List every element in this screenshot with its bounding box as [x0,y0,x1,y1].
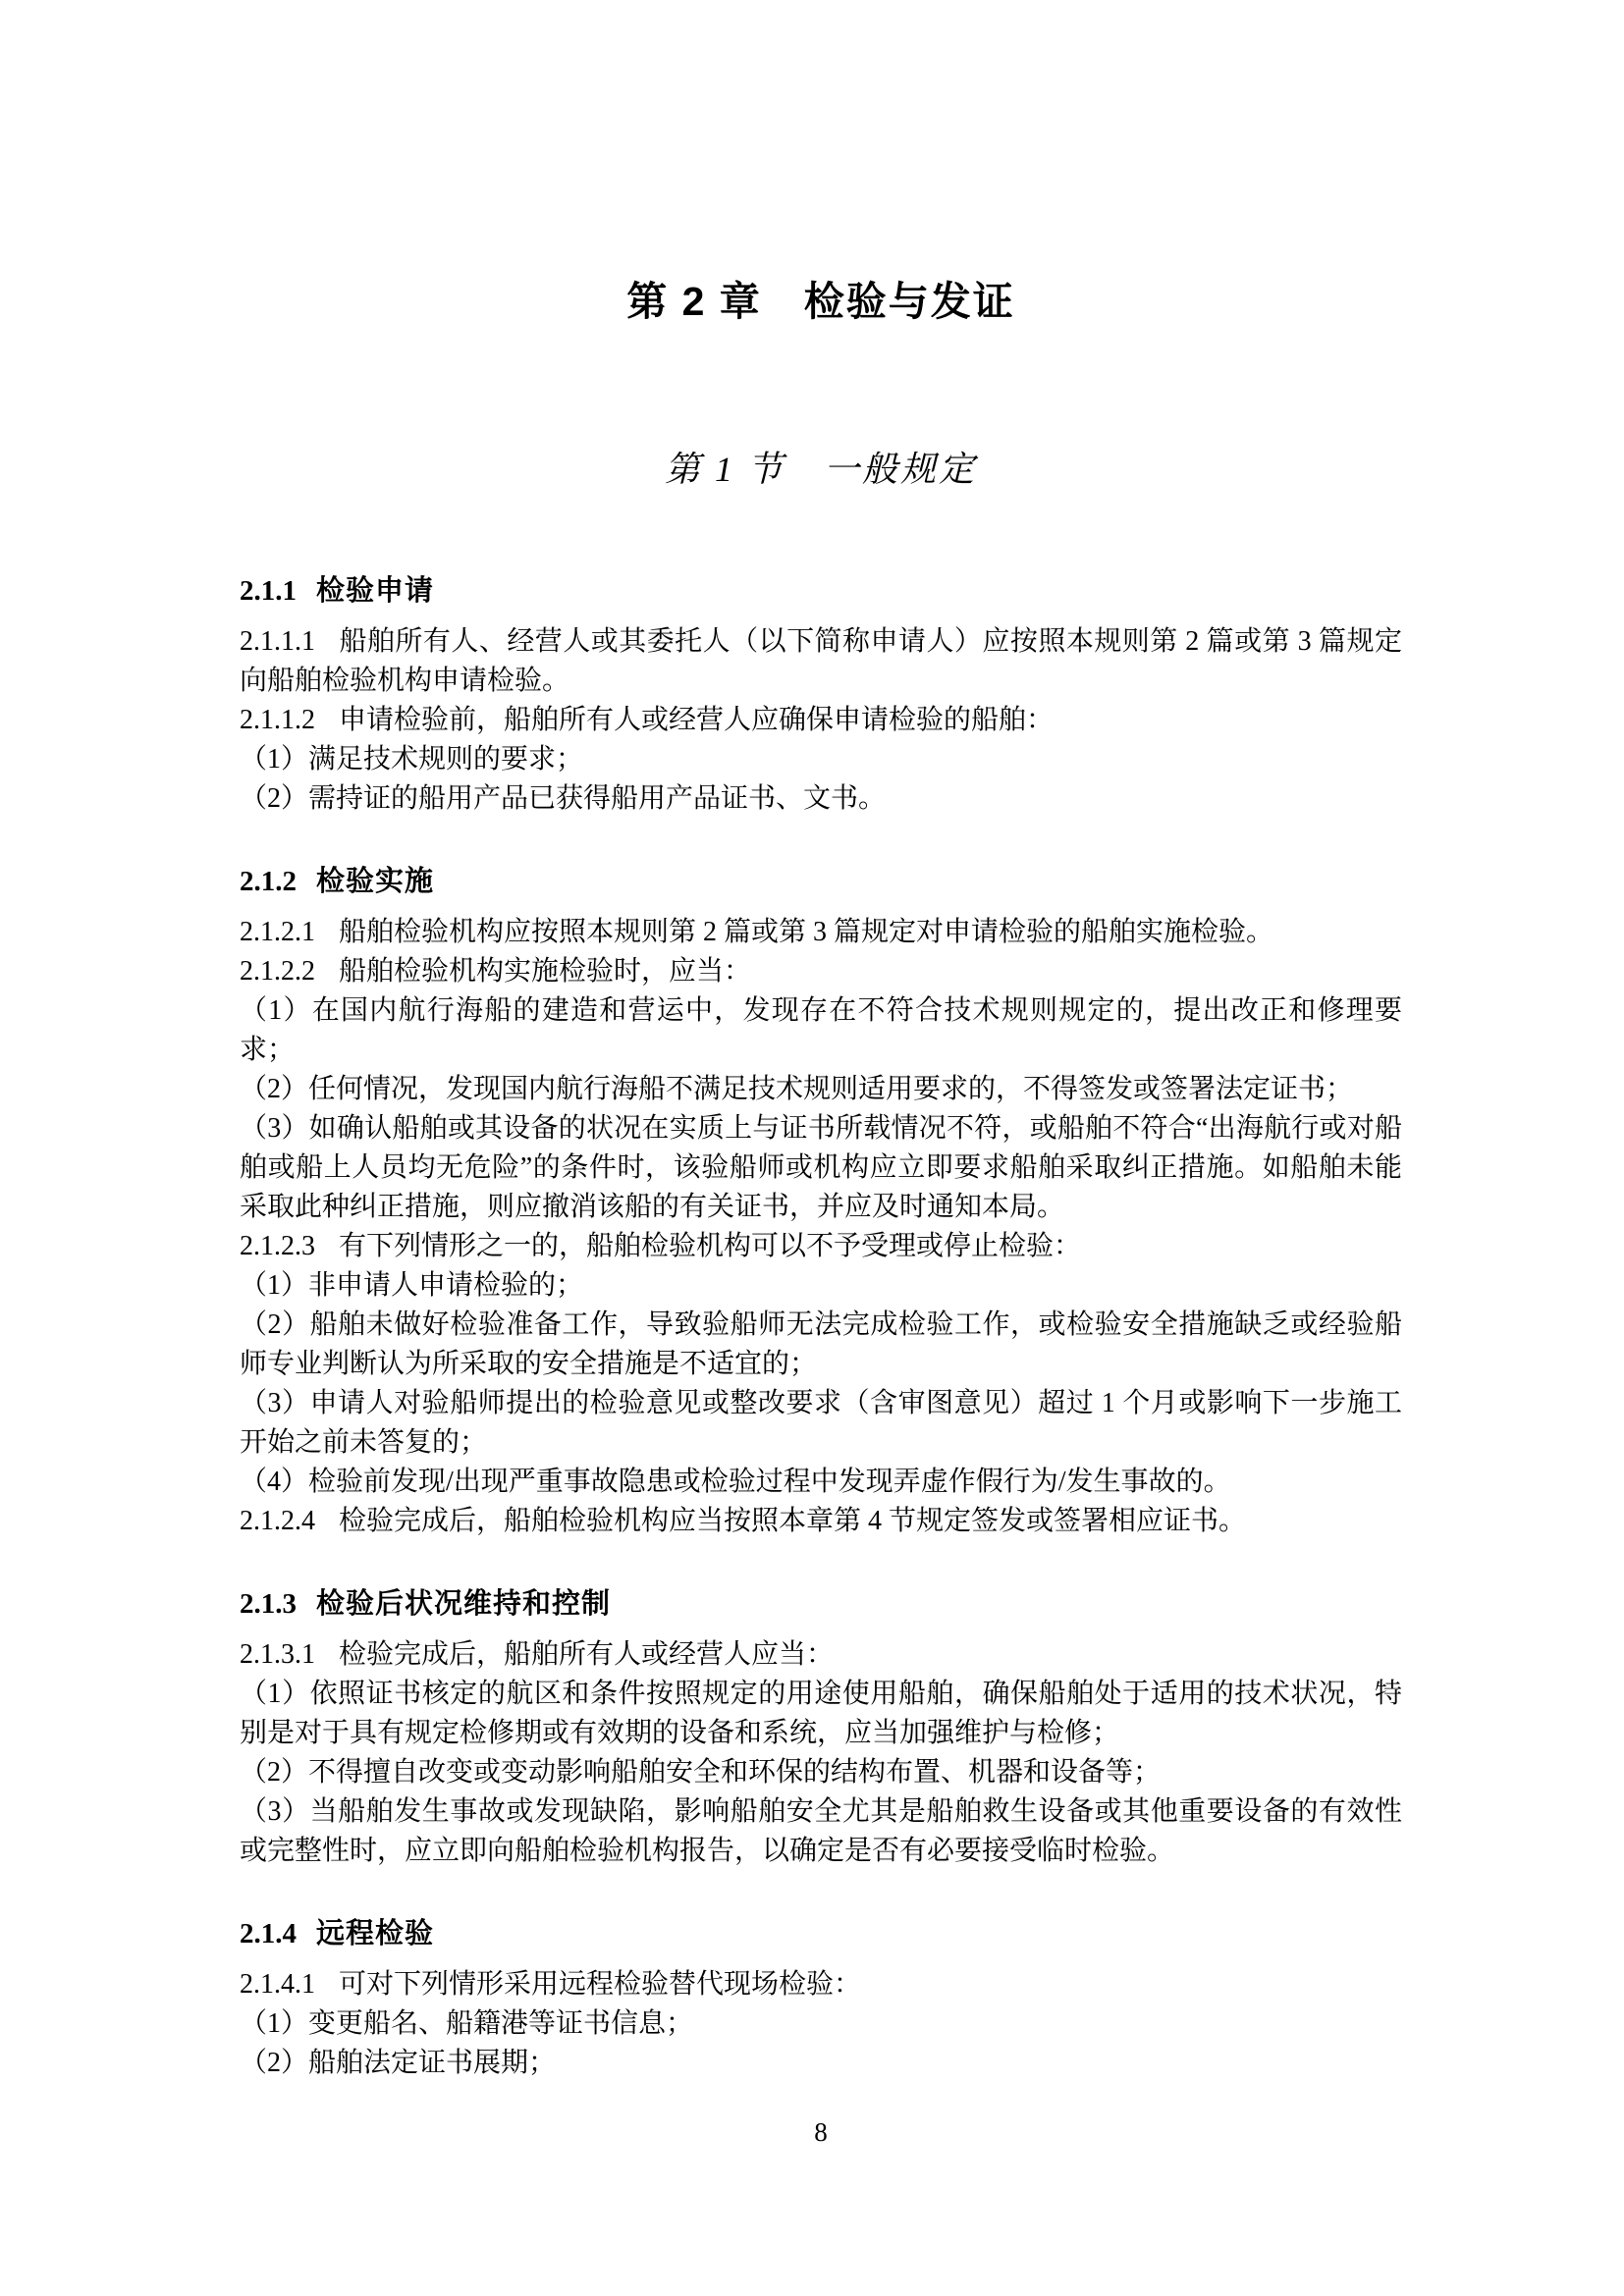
paragraph-text: 有下列情形之一的，船舶检验机构可以不予受理或停止检验： [339,1231,1081,1261]
subsection-heading: 2.1.4远程检验 [240,1914,1402,1953]
clause-item: （2）船舶未做好检验准备工作，导致验船师无法完成检验工作，或检验安全措施缺乏或经… [240,1306,1402,1384]
clause-item: （1）满足技术规则的要求； [240,740,1402,779]
subsection-number: 2.1.3 [240,1588,297,1620]
section-2-1-1: 2.1.1检验申请 2.1.1.1船舶所有人、经营人或其委托人（以下简称申请人）… [240,571,1402,819]
paragraph: 2.1.3.1检验完成后，船舶所有人或经营人应当： [240,1635,1402,1675]
paragraph-text: 检验完成后，船舶所有人或经营人应当： [339,1639,834,1670]
paragraph-text: 船舶所有人、经营人或其委托人（以下简称申请人）应按照本规则第 2 篇或第 3 篇… [240,626,1402,696]
paragraph: 2.1.2.3有下列情形之一的，船舶检验机构可以不予受理或停止检验： [240,1227,1402,1266]
paragraph-number: 2.1.1.1 [240,626,315,657]
paragraph-text: （2）不得擅自改变或变动影响船舶安全和环保的结构布置、机器和设备等； [240,1757,1161,1788]
paragraph-text: （2）船舶未做好检验准备工作，导致验船师无法完成检验工作，或检验安全措施缺乏或经… [240,1309,1402,1379]
paragraph-text: （2）船舶法定证书展期； [240,2048,556,2078]
clause-item: （3）如确认船舶或其设备的状况在实质上与证书所载情况不符，或船舶不符合“出海航行… [240,1109,1402,1227]
paragraph-text: （3）当船舶发生事故或发现缺陷，影响船舶安全尤其是船舶救生设备或其他重要设备的有… [240,1796,1402,1866]
paragraph-text: （3）如确认船舶或其设备的状况在实质上与证书所载情况不符，或船舶不符合“出海航行… [240,1113,1402,1222]
subsection-title: 远程检验 [316,1918,434,1949]
clause-item: （2）不得擅自改变或变动影响船舶安全和环保的结构布置、机器和设备等； [240,1753,1402,1792]
section-2-1-2: 2.1.2检验实施 2.1.2.1船舶检验机构应按照本规则第 2 篇或第 3 篇… [240,862,1402,1541]
page-number: 8 [240,2116,1402,2148]
paragraph: 2.1.2.1船舶检验机构应按照本规则第 2 篇或第 3 篇规定对申请检验的船舶… [240,913,1402,952]
subsection-heading: 2.1.3检验后状况维持和控制 [240,1584,1402,1624]
subsection-number: 2.1.4 [240,1918,297,1949]
clause-item: （2）需持证的船用产品已获得船用产品证书、文书。 [240,779,1402,819]
paragraph-number: 2.1.3.1 [240,1639,315,1670]
clause-item: （3）当船舶发生事故或发现缺陷，影响船舶安全尤其是船舶救生设备或其他重要设备的有… [240,1792,1402,1871]
clause-item: （1）非申请人申请检验的； [240,1266,1402,1306]
paragraph-number: 2.1.2.1 [240,917,315,947]
subsection-title: 检验后状况维持和控制 [316,1588,611,1620]
paragraph-number: 2.1.2.2 [240,956,315,987]
document-page: 第 2 章 检验与发证 第 1 节 一般规定 2.1.1检验申请 2.1.1.1… [0,0,1624,2296]
clause-item: （3）申请人对验船师提出的检验意见或整改要求（含审图意见）超过 1 个月或影响下… [240,1384,1402,1463]
paragraph-number: 2.1.2.3 [240,1231,315,1261]
paragraph-text: （4）检验前发现/出现严重事故隐患或检验过程中发现弄虚作假行为/发生事故的。 [240,1467,1231,1497]
paragraph-text: 检验完成后，船舶检验机构应当按照本章第 4 节规定签发或签署相应证书。 [339,1506,1246,1536]
section-2-1-3: 2.1.3检验后状况维持和控制 2.1.3.1检验完成后，船舶所有人或经营人应当… [240,1584,1402,1871]
paragraph-text: （2）任何情况，发现国内航行海船不满足技术规则适用要求的，不得签发或签署法定证书… [240,1074,1353,1104]
paragraph: 2.1.2.2船舶检验机构实施检验时，应当： [240,952,1402,991]
clause-item: （2）船舶法定证书展期； [240,2044,1402,2083]
paragraph-number: 2.1.2.4 [240,1506,315,1536]
paragraph-text: （3）申请人对验船师提出的检验意见或整改要求（含审图意见）超过 1 个月或影响下… [240,1388,1402,1458]
subsection-number: 2.1.1 [240,575,297,607]
subsection-heading: 2.1.1检验申请 [240,571,1402,611]
subsection-title: 检验申请 [316,575,434,607]
paragraph-number: 2.1.4.1 [240,1969,315,2000]
paragraph-text: 申请检验前，船舶所有人或经营人应确保申请检验的船舶： [339,705,1054,735]
paragraph-text: 船舶检验机构实施检验时，应当： [339,956,751,987]
chapter-title: 第 2 章 检验与发证 [240,279,1402,324]
clause-item: （2）任何情况，发现国内航行海船不满足技术规则适用要求的，不得签发或签署法定证书… [240,1070,1402,1109]
clause-item: （4）检验前发现/出现严重事故隐患或检验过程中发现弄虚作假行为/发生事故的。 [240,1463,1402,1502]
clause-item: （1）变更船名、船籍港等证书信息； [240,2004,1402,2044]
paragraph-text: 可对下列情形采用远程检验替代现场检验： [339,1969,861,2000]
paragraph-number: 2.1.1.2 [240,705,315,735]
subsection-heading: 2.1.2检验实施 [240,862,1402,901]
paragraph-text: 船舶检验机构应按照本规则第 2 篇或第 3 篇规定对申请检验的船舶实施检验。 [339,917,1273,947]
subsection-number: 2.1.2 [240,866,297,897]
paragraph-text: （1）非申请人申请检验的； [240,1270,583,1301]
section-title: 第 1 节 一般规定 [240,450,1402,489]
document-body: 2.1.1检验申请 2.1.1.1船舶所有人、经营人或其委托人（以下简称申请人）… [240,571,1402,2083]
paragraph-text: （2）需持证的船用产品已获得船用产品证书、文书。 [240,783,886,814]
paragraph-text: （1）满足技术规则的要求； [240,744,583,774]
subsection-title: 检验实施 [316,866,434,897]
paragraph: 2.1.1.2申请检验前，船舶所有人或经营人应确保申请检验的船舶： [240,701,1402,740]
paragraph-text: （1）变更船名、船籍港等证书信息； [240,2008,693,2039]
paragraph: 2.1.4.1可对下列情形采用远程检验替代现场检验： [240,1965,1402,2004]
paragraph-text: （1）在国内航行海船的建造和营运中，发现存在不符合技术规则规定的，提出改正和修理… [240,995,1402,1065]
paragraph-text: （1）依照证书核定的航区和条件按照规定的用途使用船舶，确保船舶处于适用的技术状况… [240,1679,1402,1748]
paragraph: 2.1.1.1船舶所有人、经营人或其委托人（以下简称申请人）应按照本规则第 2 … [240,622,1402,701]
clause-item: （1）依照证书核定的航区和条件按照规定的用途使用船舶，确保船舶处于适用的技术状况… [240,1675,1402,1753]
clause-item: （1）在国内航行海船的建造和营运中，发现存在不符合技术规则规定的，提出改正和修理… [240,991,1402,1070]
section-2-1-4: 2.1.4远程检验 2.1.4.1可对下列情形采用远程检验替代现场检验： （1）… [240,1914,1402,2083]
paragraph: 2.1.2.4检验完成后，船舶检验机构应当按照本章第 4 节规定签发或签署相应证… [240,1502,1402,1541]
